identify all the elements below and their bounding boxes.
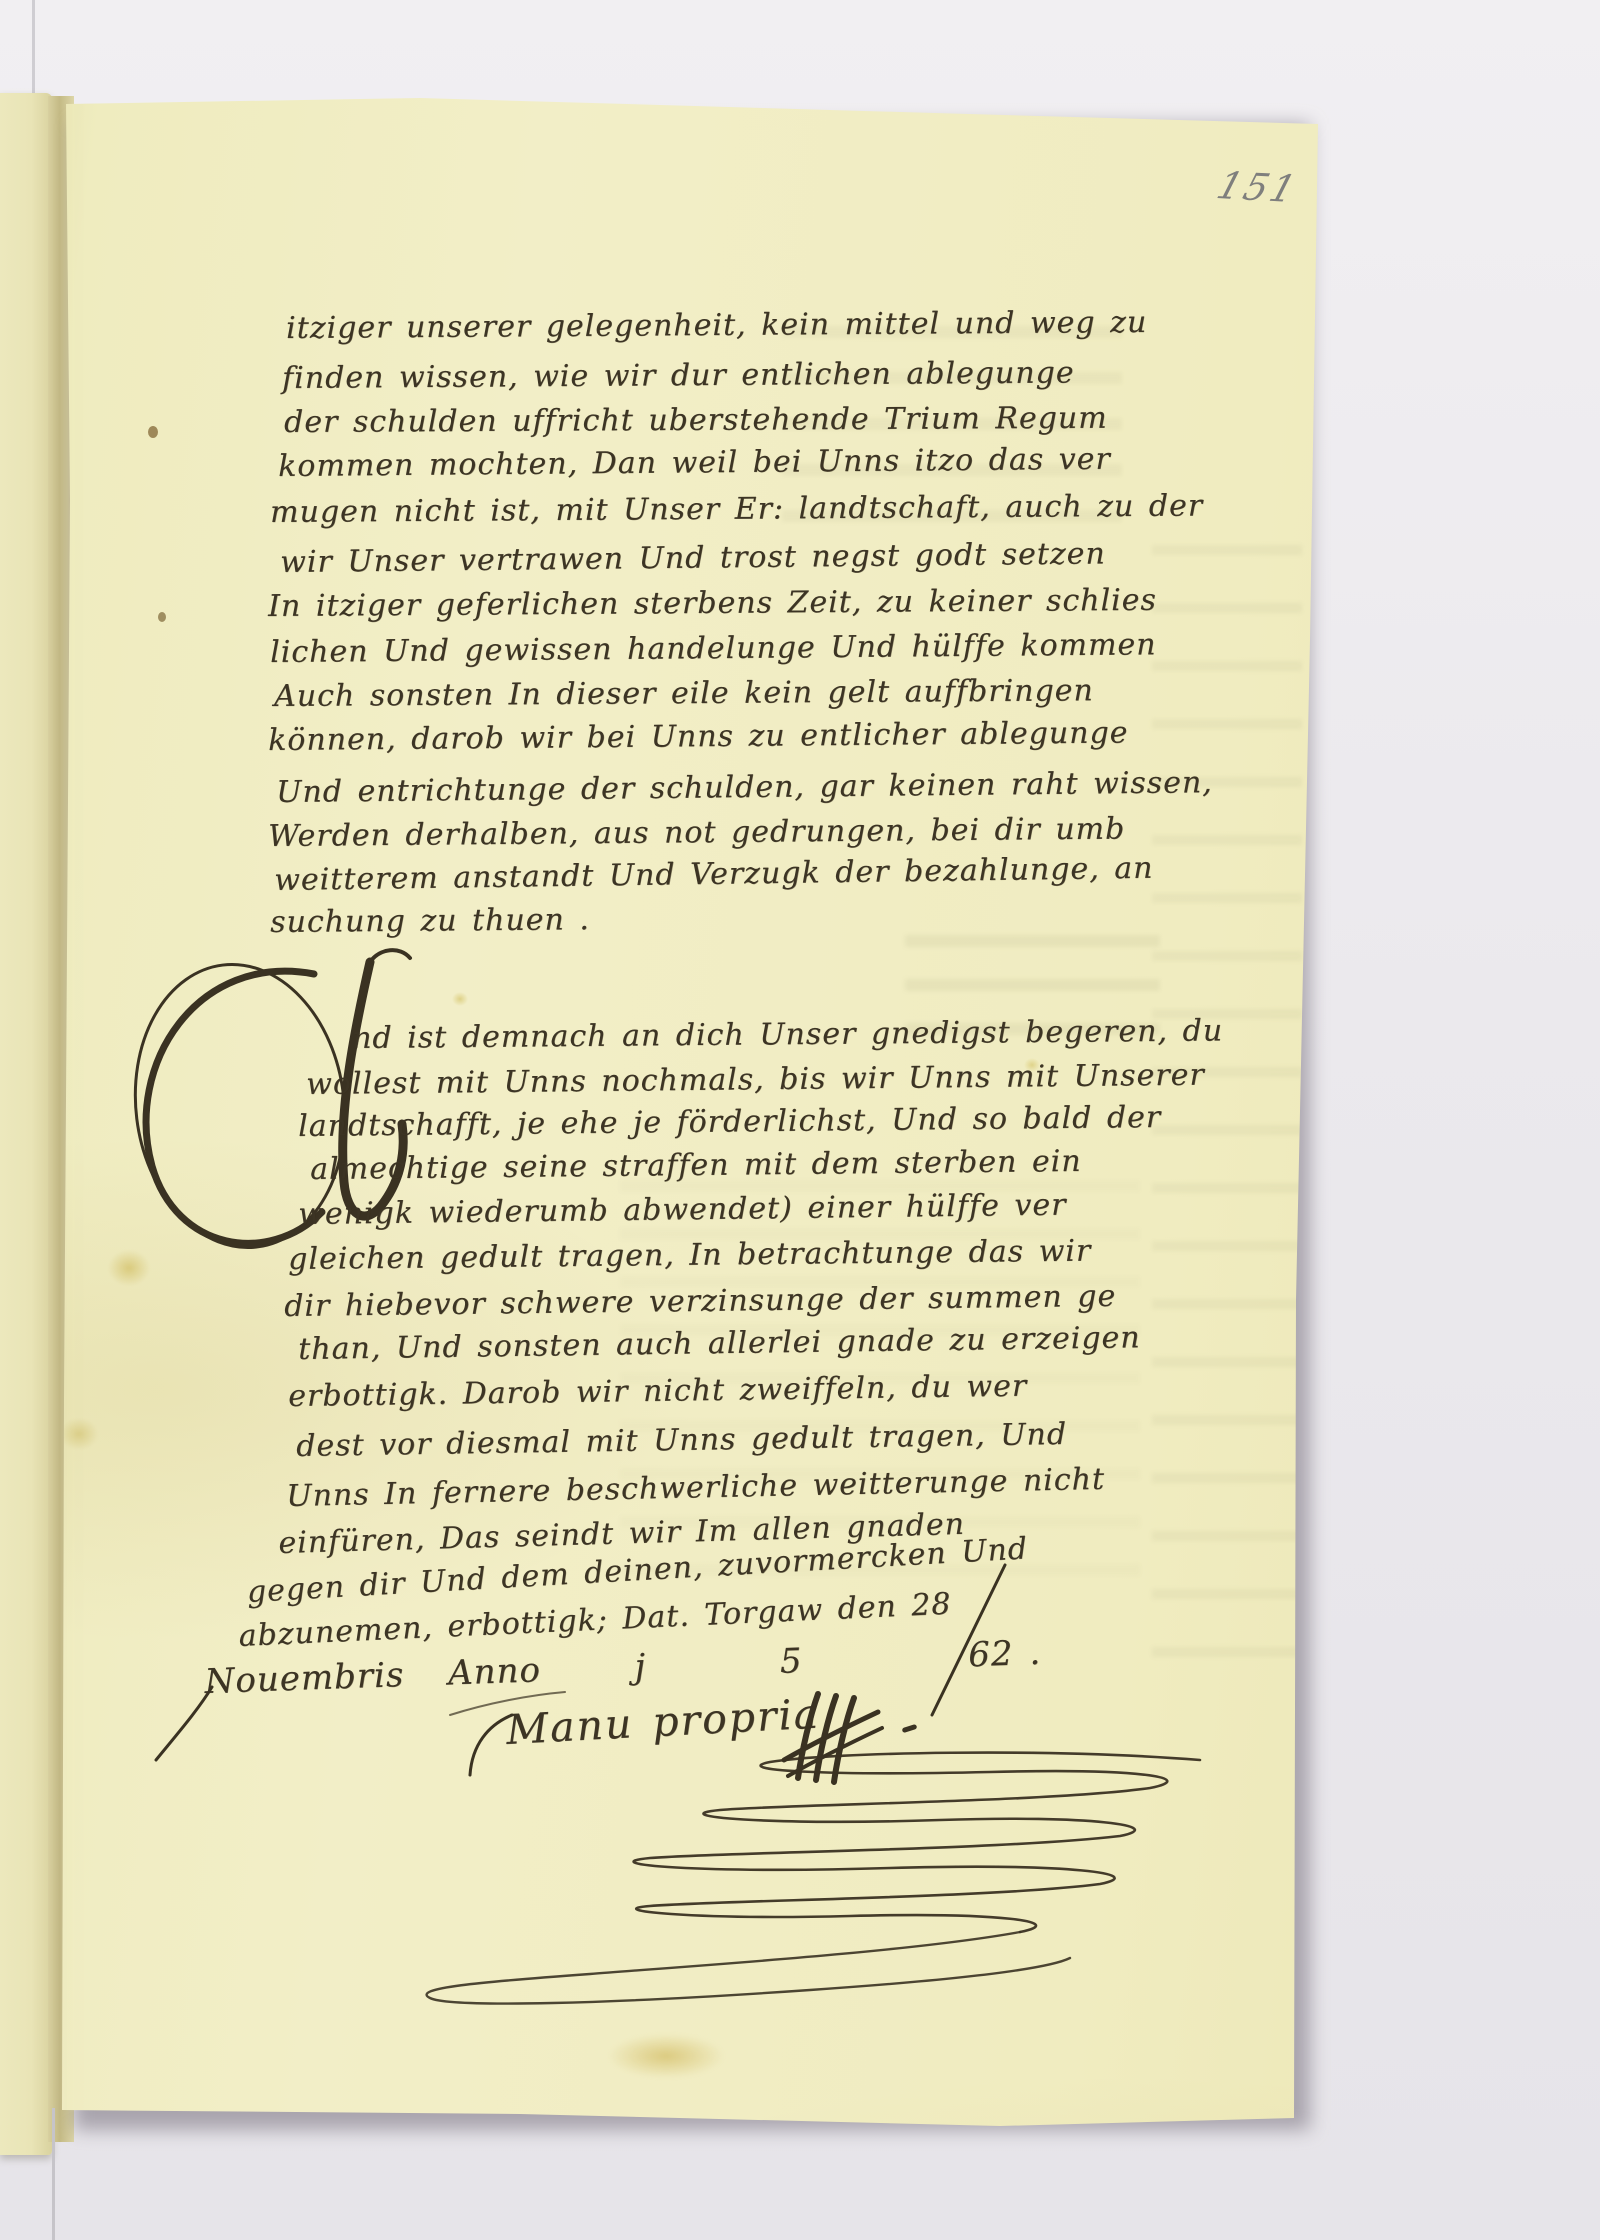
text-line: itziger unserer gelegenheit, kein mittel… — [286, 306, 1147, 345]
drop-cap-letter: V — [0, 0, 1, 1]
text-line: landtschafft, je ehe je förderlichst, Un… — [298, 1101, 1161, 1143]
text-line: nd ist demnach an dich Unser gnedigst be… — [352, 1014, 1223, 1055]
folio-number: 151 — [1212, 164, 1303, 211]
text-line: Auch sonsten In dieser eile kein gelt au… — [274, 674, 1094, 713]
text-line: almechtige seine straffen mit dem sterbe… — [310, 1145, 1082, 1186]
text-line: Werden derhalben, aus not gedrungen, bei… — [268, 813, 1125, 853]
manuscript-page: 151 itziger unserer gelegenheit, kein mi… — [0, 0, 1600, 2240]
text-line: gleichen gedult tragen, In betrachtunge … — [288, 1235, 1091, 1276]
gutter-edge-below-page — [52, 2108, 55, 2240]
ink-show-through — [1152, 545, 1302, 1665]
text-line: weitterem anstandt Und Verzugk der bezah… — [274, 852, 1154, 897]
text-line: finden wissen, wie wir dur entlichen abl… — [282, 356, 1075, 395]
previous-page-edge — [0, 93, 52, 2155]
text-line: der schulden uffricht uberstehende Trium… — [284, 402, 1108, 439]
ink-stain — [148, 426, 158, 438]
text-line: suchung zu thuen . — [270, 903, 590, 939]
text-line: kommen mochten, Dan weil bei Unns itzo d… — [278, 443, 1111, 483]
signature-flourish — [350, 1738, 1250, 2028]
text-line: können, darob wir bei Unns zu entlicher … — [268, 716, 1129, 757]
text-line: wollest mit Unns nochmals, bis wir Unns … — [306, 1059, 1205, 1101]
text-line: Und entrichtunge der schulden, gar keine… — [276, 766, 1213, 809]
ink-stain — [158, 612, 166, 622]
underlying-sheet-edge — [32, 0, 35, 104]
text-line: In itziger geferlichen sterbens Zeit, zu… — [268, 584, 1157, 623]
paper-stain — [452, 992, 468, 1006]
text-line: lichen Und gewissen handelunge Und hülff… — [270, 628, 1157, 669]
paper-stain — [60, 1418, 98, 1450]
text-line: wir Unser vertrawen Und trost negst godt… — [280, 537, 1106, 579]
paper-stain — [608, 2034, 724, 2078]
text-line: mugen nicht ist, mit Unser Er: landtscha… — [270, 489, 1203, 529]
